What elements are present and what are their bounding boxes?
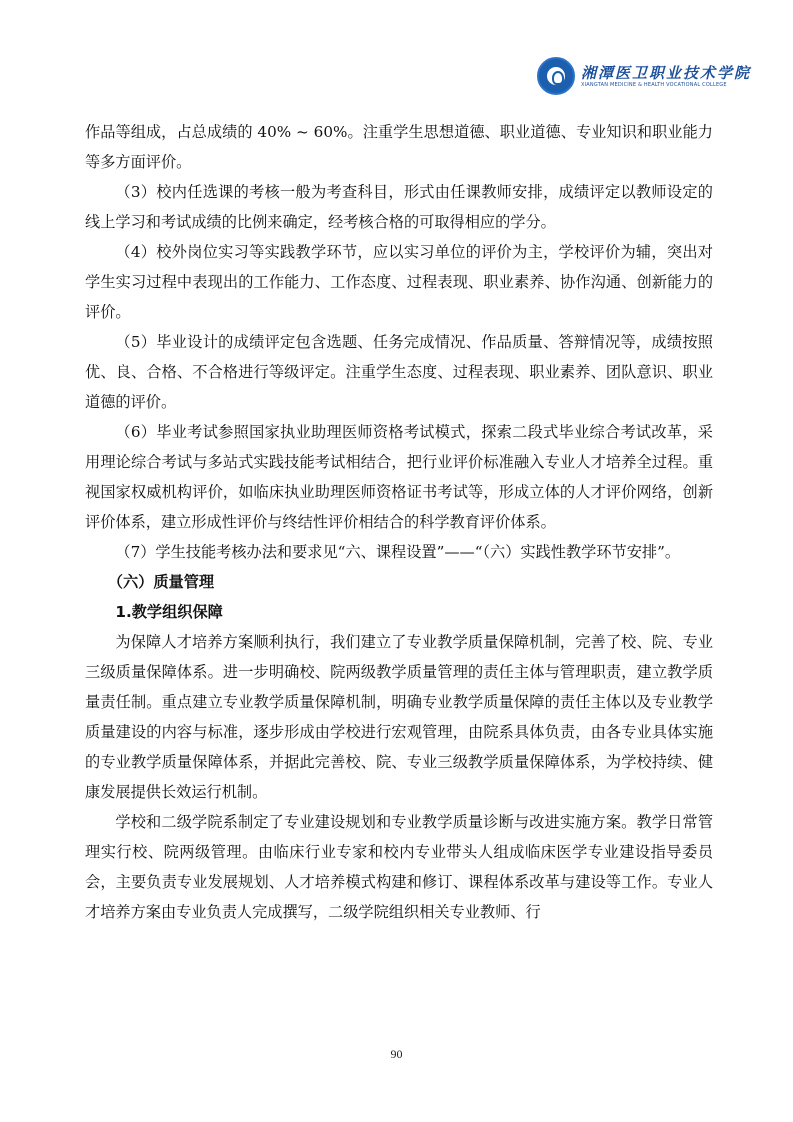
paragraph-item-6: （6）毕业考试参照国家执业助理医师资格考试模式，探索二段式毕业综合考试改革，采用… [85, 417, 713, 537]
college-logo: 湘潭医卫职业技术学院 XIANGTAN MEDICINE & HEALTH VO… [537, 57, 751, 95]
paragraph-item-3: （3）校内任选课的考核一般为考查科目，形式由任课教师安排，成绩评定以教师设定的线… [85, 177, 713, 237]
subsection-heading-teaching-organization: 1.教学组织保障 [85, 597, 713, 627]
paragraph-item-4: （4）校外岗位实习等实践教学环节，应以实习单位的评价为主，学校评价为辅，突出对学… [85, 237, 713, 327]
paragraph-continuation: 作品等组成，占总成绩的 40% ~ 60%。注重学生思想道德、职业道德、专业知识… [85, 117, 713, 177]
logo-chinese-name: 湘潭医卫职业技术学院 [581, 64, 751, 82]
logo-text: 湘潭医卫职业技术学院 XIANGTAN MEDICINE & HEALTH VO… [581, 64, 751, 89]
document-body: 作品等组成，占总成绩的 40% ~ 60%。注重学生思想道德、职业道德、专业知识… [85, 117, 713, 927]
paragraph-item-7: （7）学生技能考核办法和要求见“六、课程设置”——“（六）实践性教学环节安排”。 [85, 537, 713, 567]
paragraph-item-5: （5）毕业设计的成绩评定包含选题、任务完成情况、作品质量、答辩情况等，成绩按照优… [85, 327, 713, 417]
page-number: 90 [0, 1047, 793, 1062]
paragraph-school-planning: 学校和二级学院系制定了专业建设规划和专业教学质量诊断与改进实施方案。教学日常管理… [85, 807, 713, 927]
college-emblem-icon [537, 57, 575, 95]
logo-english-name: XIANGTAN MEDICINE & HEALTH VOCATIONAL CO… [581, 82, 751, 89]
section-heading-quality-management: （六）质量管理 [85, 567, 713, 597]
paragraph-quality-system: 为保障人才培养方案顺利执行，我们建立了专业教学质量保障机制，完善了校、院、专业三… [85, 627, 713, 807]
